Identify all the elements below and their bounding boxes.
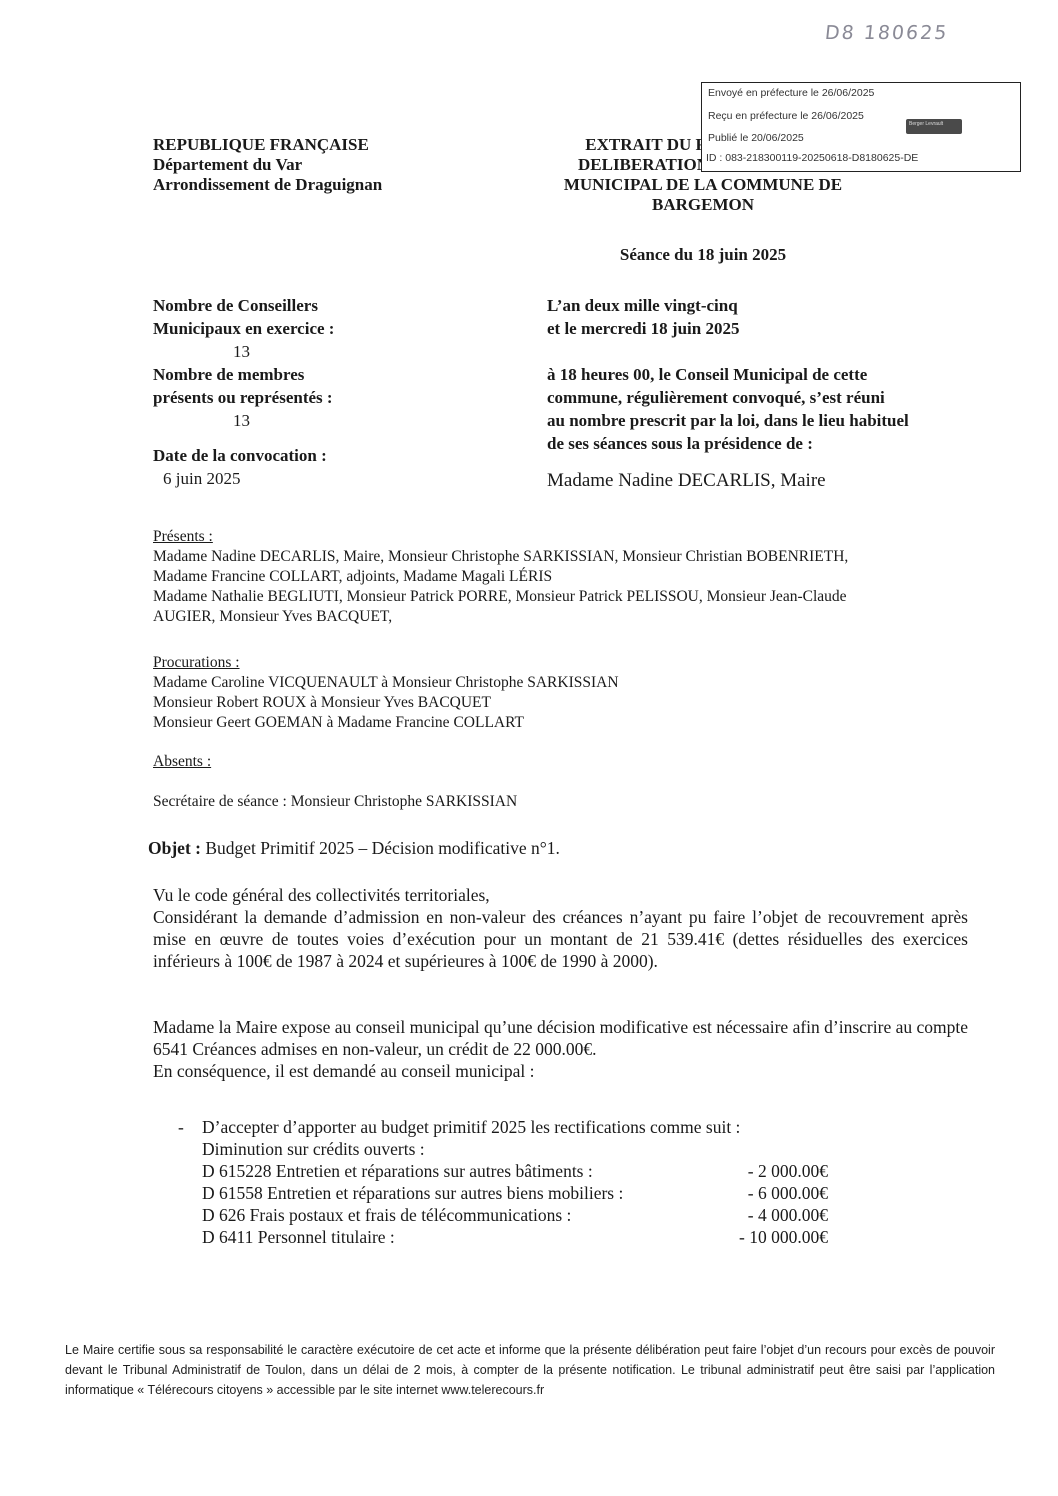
list-item: Monsieur Robert ROUX à Monsieur Yves BAC… — [153, 693, 619, 713]
presents-label: Présents : — [153, 527, 848, 547]
secretaire: Secrétaire de séance : Monsieur Christop… — [153, 792, 517, 812]
issuer-header: REPUBLIQUE FRANÇAISE Département du Var … — [153, 135, 382, 195]
objet: Objet : Budget Primitif 2025 – Décision … — [148, 838, 560, 859]
expose-paragraph: Madame la Maire expose au conseil munici… — [153, 1016, 968, 1082]
procurations-label: Procurations : — [153, 653, 619, 673]
procurations-section: Procurations : Madame Caroline VICQUENAU… — [153, 653, 619, 733]
row-label: D 61558 Entretien et réparations sur aut… — [202, 1182, 732, 1204]
objet-label: Objet : — [148, 838, 201, 858]
conseillers-value: 13 — [153, 340, 334, 363]
preamble-line: de ses séances sous la présidence de : — [547, 432, 909, 455]
title-line: MUNICIPAL DE LA COMMUNE DE — [528, 175, 878, 195]
stamp-sent: Envoyé en préfecture le 26/06/2025 — [708, 87, 874, 99]
stamp-received: Reçu en préfecture le 26/06/2025 — [708, 110, 864, 122]
list-item: Madame Nadine DECARLIS, Maire, Monsieur … — [153, 547, 848, 567]
row-amount: - 10 000.00€ — [732, 1226, 828, 1248]
legal-footer: Le Maire certifie sous sa responsabilité… — [65, 1340, 995, 1400]
convocation-value: 6 juin 2025 — [153, 467, 334, 490]
header-line: REPUBLIQUE FRANÇAISE — [153, 135, 382, 155]
membres-label: Nombre de membres — [153, 365, 304, 384]
convocation-label: Date de la convocation : — [153, 446, 327, 465]
table-row: D 61558 Entretien et réparations sur aut… — [202, 1182, 852, 1204]
title-line: BARGEMON — [528, 195, 878, 215]
considerant-text: Considérant la demande d’admission en no… — [153, 906, 968, 972]
conseillers-label: Municipaux en exercice : — [153, 319, 334, 338]
row-label: D 6411 Personnel titulaire : — [202, 1226, 732, 1248]
preamble-line: à 18 heures 00, le Conseil Municipal de … — [547, 363, 909, 386]
handwritten-reference: D8 180625 — [824, 22, 950, 44]
header-line: Département du Var — [153, 155, 382, 175]
preamble-line: et le mercredi 18 juin 2025 — [547, 317, 909, 340]
row-amount: - 4 000.00€ — [732, 1204, 828, 1226]
decision-intro: D’accepter d’apporter au budget primitif… — [202, 1116, 852, 1138]
list-item: Monsieur Geert GOEMAN à Madame Francine … — [153, 713, 619, 733]
row-label: D 626 Frais postaux et frais de télécomm… — [202, 1204, 732, 1226]
bullet-dash: - — [178, 1116, 184, 1138]
membres-label: présents ou représentés : — [153, 388, 333, 407]
preamble-block: L’an deux mille vingt-cinq et le mercred… — [547, 294, 909, 492]
preamble-line: au nombre prescrit par la loi, dans le l… — [547, 409, 909, 432]
row-amount: - 2 000.00€ — [732, 1160, 828, 1182]
stamp-published: Publié le 20/06/2025 — [708, 132, 804, 144]
stamp-id: ID : 083-218300119-20250618-D8180625-DE — [706, 152, 918, 164]
president-name: Madame Nadine DECARLIS, Maire — [547, 469, 909, 492]
table-row: D 626 Frais postaux et frais de télécomm… — [202, 1204, 852, 1226]
prefecture-stamp: Envoyé en préfecture le 26/06/2025 Reçu … — [701, 82, 1021, 172]
list-item: Madame Francine COLLART, adjoints, Madam… — [153, 567, 848, 587]
row-amount: - 6 000.00€ — [732, 1182, 828, 1204]
row-label: D 615228 Entretien et réparations sur au… — [202, 1160, 732, 1182]
list-item: AUGIER, Monsieur Yves BACQUET, — [153, 607, 848, 627]
considerants-paragraph: Vu le code général des collectivités ter… — [153, 884, 968, 972]
membres-value: 13 — [153, 409, 334, 432]
vu-line: Vu le code général des collectivités ter… — [153, 884, 968, 906]
demande-text: En conséquence, il est demandé au consei… — [153, 1060, 968, 1082]
header-line: Arrondissement de Draguignan — [153, 175, 382, 195]
conseillers-label: Nombre de Conseillers — [153, 296, 318, 315]
preamble-line: L’an deux mille vingt-cinq — [547, 294, 909, 317]
preamble-line: commune, régulièrement convoqué, s’est r… — [547, 386, 909, 409]
seance-date: Séance du 18 juin 2025 — [528, 245, 878, 265]
expose-text: Madame la Maire expose au conseil munici… — [153, 1016, 968, 1060]
decision-subhead: Diminution sur crédits ouverts : — [202, 1138, 852, 1160]
absents-label: Absents : — [153, 752, 211, 772]
berger-levrault-logo-icon: Berger Levrault — [906, 119, 962, 134]
presents-section: Présents : Madame Nadine DECARLIS, Maire… — [153, 527, 848, 627]
table-row: D 615228 Entretien et réparations sur au… — [202, 1160, 852, 1182]
list-item: Madame Nathalie BEGLIUTI, Monsieur Patri… — [153, 587, 848, 607]
list-item: Madame Caroline VICQUENAULT à Monsieur C… — [153, 673, 619, 693]
objet-text: Budget Primitif 2025 – Décision modifica… — [201, 838, 560, 858]
table-row: D 6411 Personnel titulaire :- 10 000.00€ — [202, 1226, 852, 1248]
counts-block: Nombre de Conseillers Municipaux en exer… — [153, 294, 334, 490]
